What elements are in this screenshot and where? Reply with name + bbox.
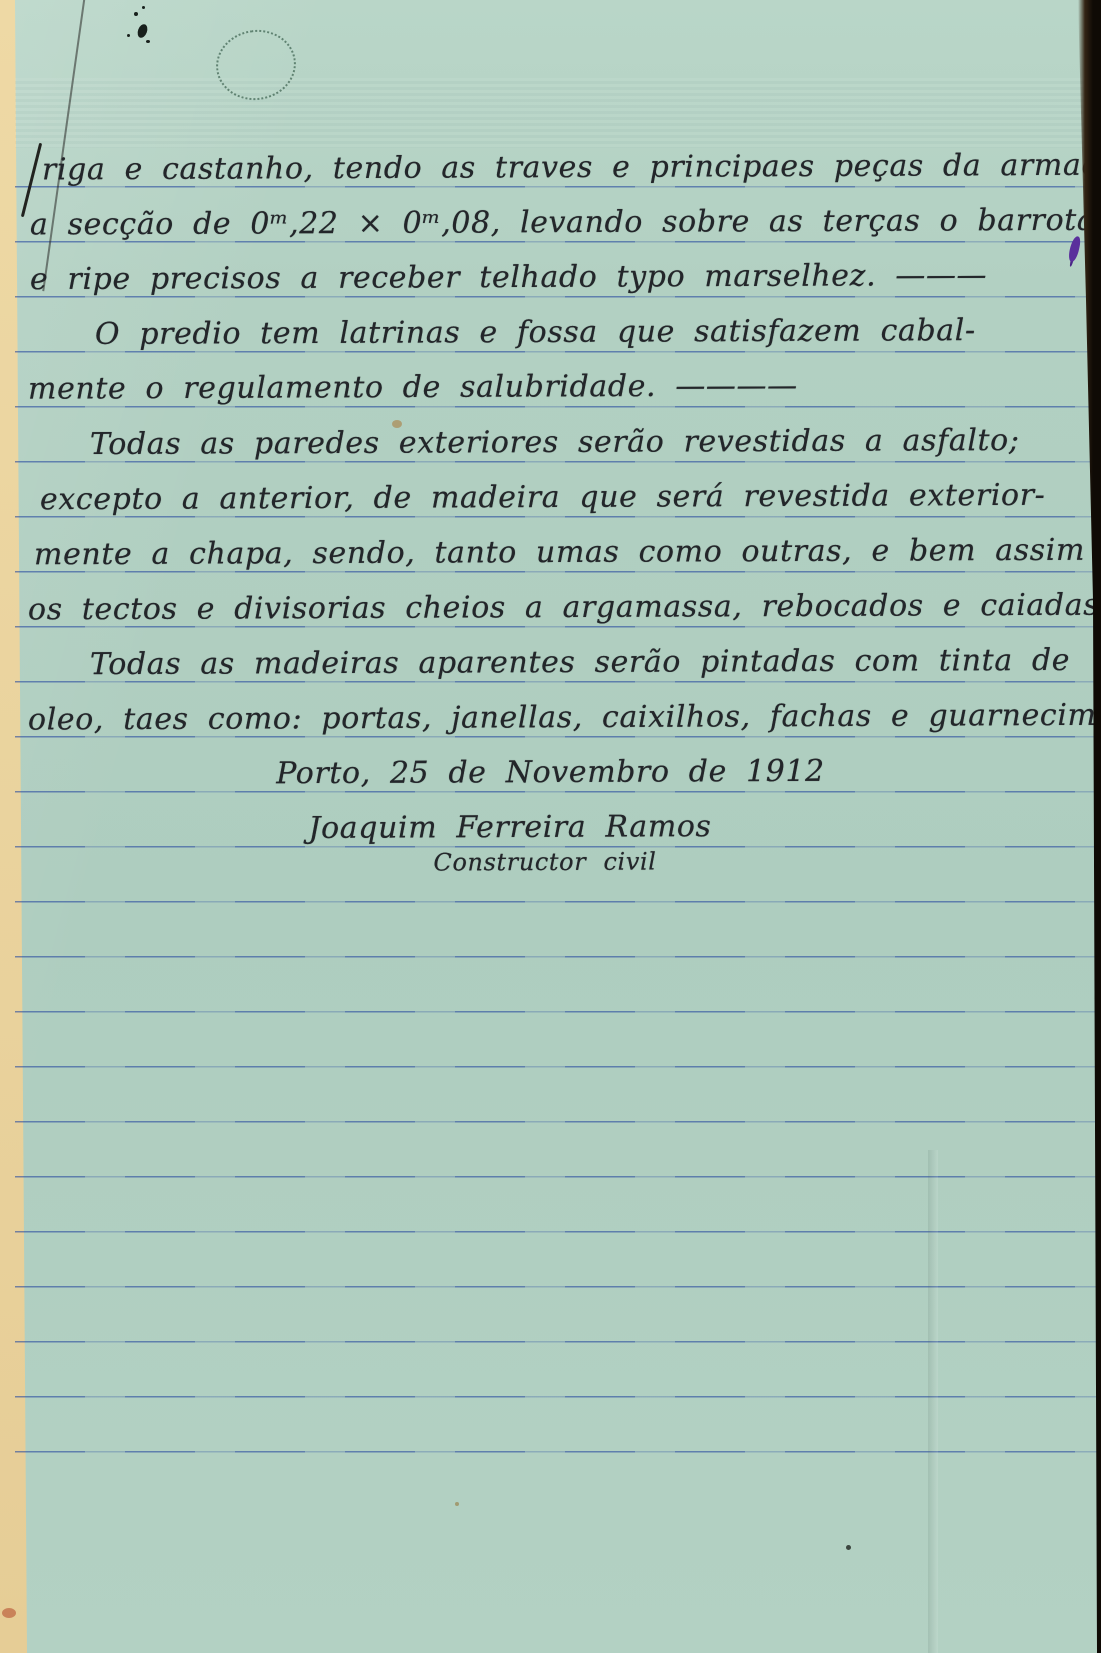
manuscript-line: excepto a anterior, de madeira que será … [40, 478, 1045, 517]
paper-stain [2, 1608, 16, 1618]
manuscript-line: Todas as madeiras aparentes serão pintad… [90, 643, 1070, 682]
dateline: Porto, 25 de Novembro de 1912 [0, 753, 1101, 793]
manuscript-line: Todas as paredes exteriores serão revest… [90, 423, 1020, 462]
paper-stain [455, 1502, 459, 1506]
fold-crease [928, 1150, 938, 1653]
manuscript-line: e ripe precisos a receber telhado typo m… [30, 258, 987, 297]
manuscript-line: os tectos e divisorias cheios a argamass… [28, 588, 1101, 628]
ink-blot [142, 6, 145, 9]
manuscript-line: mente a chapa, sendo, tanto umas como ou… [34, 533, 1085, 573]
ink-blot [127, 34, 130, 37]
ink-blot [146, 40, 150, 43]
manuscript-line: oleo, taes como: portas, janellas, caixi… [28, 697, 1101, 737]
manuscript-line: a secção de 0ᵐ,22 × 0ᵐ,08, levando sobre… [30, 203, 1101, 243]
scan-streaks [15, 78, 1101, 148]
ink-blot [134, 12, 138, 16]
signature: Joaquim Ferreira Ramos [0, 808, 1020, 847]
paper-stain [846, 1545, 851, 1550]
manuscript-line: riga e castanho, tendo as traves e princ… [42, 148, 1101, 188]
manuscript-line: O predio tem latrinas e fossa que satisf… [95, 313, 976, 352]
manuscript-line: mente o regulamento de salubridade. ———— [28, 368, 798, 406]
manuscript-page: riga e castanho, tendo as traves e princ… [0, 0, 1101, 1653]
signature-title: Constructor civil [0, 846, 1090, 879]
